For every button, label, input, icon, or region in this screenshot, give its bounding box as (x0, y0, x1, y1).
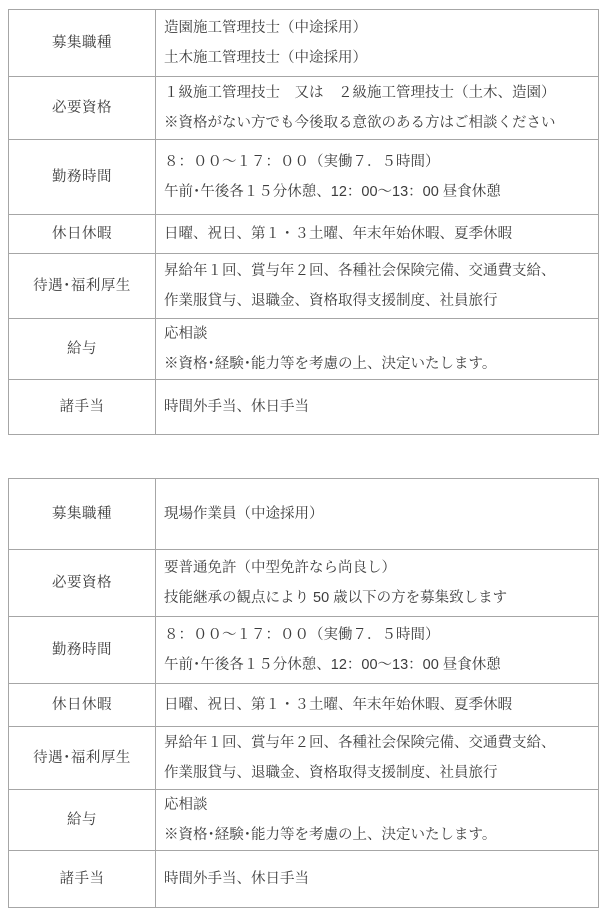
table-row: 待遇･福利厚生 昇給年１回、賞与年２回、各種社会保険完備、交通費支給、 作業服貸… (9, 254, 599, 319)
row-content-line: 日曜、祝日、第１・３土曜、年末年始休暇、夏季休暇 (164, 219, 592, 249)
row-label: 必要資格 (9, 550, 156, 617)
table-row: 給与 応相談 ※資格･経験･能力等を考慮の上、決定いたします。 (9, 790, 599, 851)
table-row: 募集職種 現場作業員（中途採用） (9, 479, 599, 550)
row-content-line: ※資格･経験･能力等を考慮の上、決定いたします。 (164, 820, 592, 850)
row-content: 日曜、祝日、第１・３土曜、年末年始休暇、夏季休暇 (156, 684, 599, 727)
row-content-line: 造園施工管理技士（中途採用） (164, 13, 592, 43)
row-content: 造園施工管理技士（中途採用） 土木施工管理技士（中途採用） (156, 10, 599, 77)
row-content-line: 土木施工管理技士（中途採用） (164, 43, 592, 73)
table-gap (8, 435, 610, 478)
row-label: 必要資格 (9, 77, 156, 140)
row-content-line: 時間外手当、休日手当 (164, 864, 592, 894)
row-content-line: 午前･午後各１５分休憩、12：00～13：00 昼食休憩 (164, 650, 592, 680)
row-content: 時間外手当、休日手当 (156, 380, 599, 435)
row-content: ８：００～１７：００（実働７．５時間） 午前･午後各１５分休憩、12：00～13… (156, 617, 599, 684)
row-content-line: 要普通免許（中型免許なら尚良し） (164, 553, 592, 583)
row-label: 募集職種 (9, 479, 156, 550)
row-content-line: ※資格･経験･能力等を考慮の上、決定いたします。 (164, 349, 592, 379)
table-row: 休日休暇 日曜、祝日、第１・３土曜、年末年始休暇、夏季休暇 (9, 215, 599, 254)
table-row: 待遇･福利厚生 昇給年１回、賞与年２回、各種社会保険完備、交通費支給、 作業服貸… (9, 727, 599, 790)
row-label: 休日休暇 (9, 684, 156, 727)
row-content-line: 午前･午後各１５分休憩、12：00～13：00 昼食休憩 (164, 177, 592, 207)
row-content-line: 応相談 (164, 319, 592, 349)
row-content-line: 応相談 (164, 790, 592, 820)
table-row: 勤務時間 ８：００～１７：００（実働７．５時間） 午前･午後各１５分休憩、12：… (9, 617, 599, 684)
row-content-line: 時間外手当、休日手当 (164, 392, 592, 422)
row-content: 応相談 ※資格･経験･能力等を考慮の上、決定いたします。 (156, 790, 599, 851)
job-table-2: 募集職種 現場作業員（中途採用） 必要資格 要普通免許（中型免許なら尚良し） 技… (8, 478, 599, 908)
row-content: ８：００～１７：００（実働７．５時間） 午前･午後各１５分休憩、12：00～13… (156, 140, 599, 215)
job-table-1: 募集職種 造園施工管理技士（中途採用） 土木施工管理技士（中途採用） 必要資格 … (8, 9, 599, 435)
row-content-line: １級施工管理技士 又は ２級施工管理技士（土木、造園） (164, 78, 592, 108)
row-content-line: ８：００～１７：００（実働７．５時間） (164, 147, 592, 177)
table-row: 諸手当 時間外手当、休日手当 (9, 851, 599, 908)
row-label: 給与 (9, 319, 156, 380)
row-label: 勤務時間 (9, 140, 156, 215)
row-content-line: 技能継承の観点により 50 歳以下の方を募集致します (164, 583, 592, 613)
row-content-line: 作業服貸与、退職金、資格取得支援制度、社員旅行 (164, 758, 592, 788)
row-label: 休日休暇 (9, 215, 156, 254)
row-content: 現場作業員（中途採用） (156, 479, 599, 550)
row-content: 要普通免許（中型免許なら尚良し） 技能継承の観点により 50 歳以下の方を募集致… (156, 550, 599, 617)
row-content-line: 日曜、祝日、第１・３土曜、年末年始休暇、夏季休暇 (164, 690, 592, 720)
document-page: 募集職種 造園施工管理技士（中途採用） 土木施工管理技士（中途採用） 必要資格 … (0, 0, 610, 915)
table-row: 必要資格 要普通免許（中型免許なら尚良し） 技能継承の観点により 50 歳以下の… (9, 550, 599, 617)
table-row: 諸手当 時間外手当、休日手当 (9, 380, 599, 435)
row-label: 諸手当 (9, 851, 156, 908)
row-content: 日曜、祝日、第１・３土曜、年末年始休暇、夏季休暇 (156, 215, 599, 254)
row-label: 諸手当 (9, 380, 156, 435)
row-content: 昇給年１回、賞与年２回、各種社会保険完備、交通費支給、 作業服貸与、退職金、資格… (156, 727, 599, 790)
row-content: 時間外手当、休日手当 (156, 851, 599, 908)
row-label: 給与 (9, 790, 156, 851)
row-content: 応相談 ※資格･経験･能力等を考慮の上、決定いたします。 (156, 319, 599, 380)
row-content-line: ８：００～１７：００（実働７．５時間） (164, 620, 592, 650)
row-label: 待遇･福利厚生 (9, 254, 156, 319)
row-label: 勤務時間 (9, 617, 156, 684)
table-row: 給与 応相談 ※資格･経験･能力等を考慮の上、決定いたします。 (9, 319, 599, 380)
row-content: １級施工管理技士 又は ２級施工管理技士（土木、造園） ※資格がない方でも今後取… (156, 77, 599, 140)
row-content: 昇給年１回、賞与年２回、各種社会保険完備、交通費支給、 作業服貸与、退職金、資格… (156, 254, 599, 319)
row-content-line: 昇給年１回、賞与年２回、各種社会保険完備、交通費支給、 (164, 728, 592, 758)
table-row: 休日休暇 日曜、祝日、第１・３土曜、年末年始休暇、夏季休暇 (9, 684, 599, 727)
table-row: 勤務時間 ８：００～１７：００（実働７．５時間） 午前･午後各１５分休憩、12：… (9, 140, 599, 215)
row-label: 待遇･福利厚生 (9, 727, 156, 790)
row-content-line: 作業服貸与、退職金、資格取得支援制度、社員旅行 (164, 286, 592, 316)
row-label: 募集職種 (9, 10, 156, 77)
row-content-line: ※資格がない方でも今後取る意欲のある方はご相談ください (164, 108, 592, 138)
table-row: 必要資格 １級施工管理技士 又は ２級施工管理技士（土木、造園） ※資格がない方… (9, 77, 599, 140)
table-row: 募集職種 造園施工管理技士（中途採用） 土木施工管理技士（中途採用） (9, 10, 599, 77)
row-content-line: 昇給年１回、賞与年２回、各種社会保険完備、交通費支給、 (164, 256, 592, 286)
row-content-line: 現場作業員（中途採用） (164, 499, 592, 529)
